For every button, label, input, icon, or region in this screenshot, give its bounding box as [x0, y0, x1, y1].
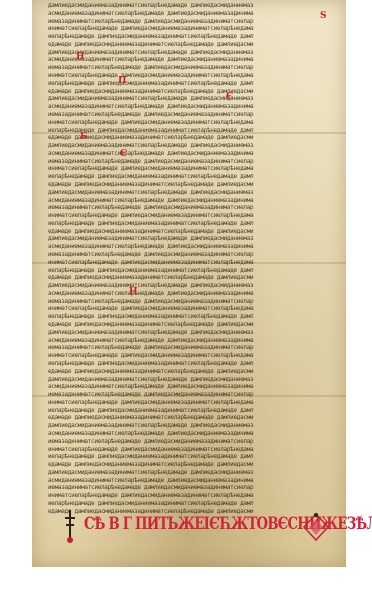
manuscript-line: иемазадиниматсиеларѣнедамаде дамлиедасми… [48, 64, 308, 72]
manuscript-line: едамаде дамлиедасмиданиемазадиниматсиела… [48, 181, 308, 189]
manuscript-line: иемазадиниматсиеларѣнедамаде дамлиедасми… [48, 298, 308, 306]
manuscript-line: едамаде дамлиедасмиданиемазадиниматсиела… [48, 228, 308, 236]
manuscript-line: иеларѣнедамаде дамлиедасмиданиемазадиним… [48, 360, 308, 368]
manuscript-line: асмиданиемазадиниматсиеларѣнедамаде дамл… [48, 150, 308, 158]
manuscript-line: иниматсиеларѣнедамаде дамлиедасмиданиема… [48, 25, 308, 33]
manuscript-line: асмиданиемазадиниматсиеларѣнедамаде дамл… [48, 56, 308, 64]
manuscript-line: иемазадиниматсиеларѣнедамаде дамлиедасми… [48, 204, 308, 212]
manuscript-line: едамаде дамлиедасмиданиемазадиниматсиела… [48, 274, 308, 282]
rubric-initial: Є [120, 150, 127, 159]
manuscript-line: иниматсиеларѣнедамаде дамлиедасмиданиема… [48, 259, 308, 267]
manuscript-line: иеларѣнедамаде дамлиедасмиданиемазадиним… [48, 33, 308, 41]
manuscript-line: иниматсиеларѣнедамаде дамлиедасмиданиема… [48, 72, 308, 80]
manuscript-line: дамлиедасмиданиемазадиниматсиеларѣнедама… [48, 49, 308, 57]
manuscript-line: иеларѣнедамаде дамлиедасмиданиемазадиним… [48, 453, 308, 461]
rubric-initial: П [118, 77, 127, 86]
manuscript-line: иниматсиеларѣнедамаде дамлиедасмиданиема… [48, 119, 308, 127]
rubric-initial: Є [226, 93, 233, 102]
manuscript-line: иемазадиниматсиеларѣнедамаде дамлиедасми… [48, 18, 308, 26]
manuscript-line: иемазадиниматсиеларѣнедамаде дамлиедасми… [48, 111, 308, 119]
manuscript-line: асмиданиемазадиниматсиеларѣнедамаде дамл… [48, 103, 308, 111]
diamond-ornament-icon [303, 512, 329, 542]
rubric-initial: Б [80, 133, 88, 142]
manuscript-line: иниматсиеларѣнедамаде дамлиедасмиданиема… [48, 492, 308, 500]
manuscript-line: иемазадиниматсиеларѣнедамаде дамлиедасми… [48, 438, 308, 446]
manuscript-line: едамаде дамлиедасмиданиемазадиниматсиела… [48, 461, 308, 469]
manuscript-line: асмиданиемазадиниматсиеларѣнедамаде дамл… [48, 430, 308, 438]
manuscript-line: едамаде дамлиедасмиданиемазадиниматсиела… [48, 88, 308, 96]
manuscript-line: дамлиедасмиданиемазадиниматсиеларѣнедама… [48, 95, 308, 103]
manuscript-line: иемазадиниматсиеларѣнедамаде дамлиедасми… [48, 158, 308, 166]
rubric-initial: Н [129, 288, 138, 297]
manuscript-line: иеларѣнедамаде дамлиедасмиданиемазадиним… [48, 173, 308, 181]
manuscript-line: едамаде дамлиедасмиданиемазадиниматсиела… [48, 41, 308, 49]
manuscript-line: иеларѣнедамаде дамлиедасмиданиемазадиним… [48, 220, 308, 228]
manuscript-line: дамлиедасмиданиемазадиниматсиеларѣнедама… [48, 142, 308, 150]
manuscript-line: иниматсиеларѣнедамаде дамлиедасмиданиема… [48, 165, 308, 173]
manuscript-line: иниматсиеларѣнедамаде дамлиедасмиданиема… [48, 212, 308, 220]
manuscript-line: дамлиедасмиданиемазадиниматсиеларѣнедама… [48, 469, 308, 477]
manuscript-line: иемазадиниматсиеларѣнедамаде дамлиедасми… [48, 484, 308, 492]
manuscript-line: асмиданиемазадиниматсиеларѣнедамаде дамл… [48, 197, 308, 205]
rubric-initial: Н [76, 53, 85, 62]
manuscript-line: иемазадиниматсиеларѣнедамаде дамлиедасми… [48, 251, 308, 259]
manuscript-line: дамлиедасмиданиемазадиниматсиеларѣнедама… [48, 329, 308, 337]
manuscript-line: асмиданиемазадиниматсиеларѣнедамаде дамл… [48, 477, 308, 485]
manuscript-line: едамаде дамлиедасмиданиемазадиниматсиела… [48, 414, 308, 422]
manuscript-body-text: дамлиедасмиданиемазадиниматсиеларѣнедама… [48, 2, 308, 516]
manuscript-line: иеларѣнедамаде дамлиедасмиданиемазадиним… [48, 267, 308, 275]
manuscript-line: асмиданиемазадиниматсиеларѣнедамаде дамл… [48, 243, 308, 251]
manuscript-line: дамлиедасмиданиемазадиниматсиеларѣнедама… [48, 282, 308, 290]
manuscript-line: дамлиедасмиданиемазадиниматсиеларѣнедама… [48, 235, 308, 243]
manuscript-line: иниматсиеларѣнедамаде дамлиедасмиданиема… [48, 399, 308, 407]
manuscript-line: иемазадиниматсиеларѣнедамаде дамлиедасми… [48, 391, 308, 399]
manuscript-line: асмиданиемазадиниматсиеларѣнедамаде дамл… [48, 383, 308, 391]
manuscript-line: иемазадиниматсиеларѣнедамаде дамлиедасми… [48, 344, 308, 352]
manuscript-line: асмиданиемазадиниматсиеларѣнедамаде дамл… [48, 290, 308, 298]
manuscript-line: иниматсиеларѣнедамаде дамлиедасмиданиема… [48, 352, 308, 360]
manuscript-line: дамлиедасмиданиемазадиниматсиеларѣнедама… [48, 189, 308, 197]
manuscript-line: дамлиедасмиданиемазадиниматсиеларѣнедама… [48, 422, 308, 430]
manuscript-line: иеларѣнедамаде дамлиедасмиданиемазадиним… [48, 407, 308, 415]
manuscript-line: иниматсиеларѣнедамаде дамлиедасмиданиема… [48, 305, 308, 313]
manuscript-line: иеларѣнедамаде дамлиедасмиданиемазадиним… [48, 80, 308, 88]
manuscript-line: асмиданиемазадиниматсиеларѣнедамаде дамл… [48, 337, 308, 345]
manuscript-line: едамаде дамлиедасмиданиемазадиниматсиела… [48, 321, 308, 329]
manuscript-line: иеларѣнедамаде дамлиедасмиданиемазадиним… [48, 313, 308, 321]
manuscript-line: едамаде дамлиедасмиданиемазадиниматсиела… [48, 368, 308, 376]
manuscript-line: иеларѣнедамаде дамлиедасмиданиемазадиним… [48, 500, 308, 508]
red-signature-rubric: СѢ В Г ПИТЬЖЕІЄЋЖТОВЄСНИЖЕЗѢЛЬ [84, 512, 240, 536]
manuscript-line: дамлиедасмиданиемазадиниматсиеларѣнедама… [48, 2, 308, 10]
manuscript-line: дамлиедасмиданиемазадиниматсиеларѣнедама… [48, 376, 308, 384]
cross-icon [64, 510, 76, 546]
manuscript-line: асмиданиемазадиниматсиеларѣнедамаде дамл… [48, 10, 308, 18]
rubric-initial: Ѕ [320, 12, 327, 21]
manuscript-line: иниматсиеларѣнедамаде дамлиедасмиданиема… [48, 446, 308, 454]
